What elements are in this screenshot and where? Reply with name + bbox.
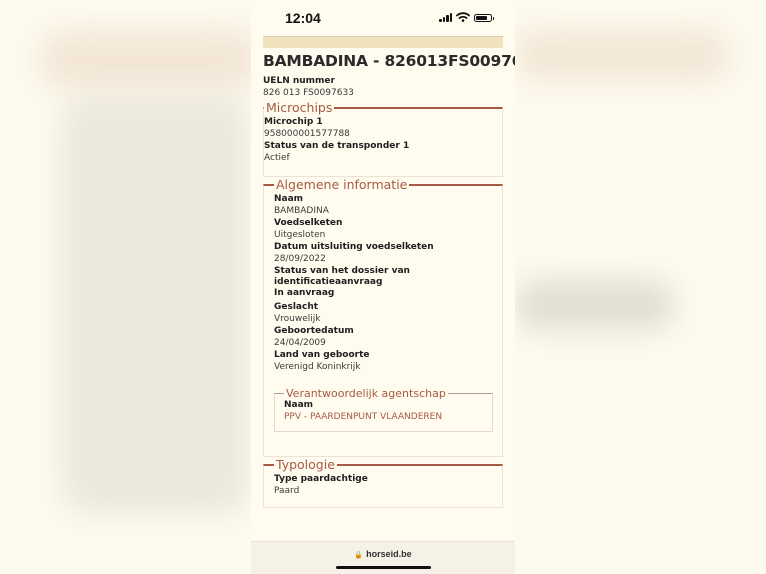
lock-icon: 🔒 xyxy=(354,551,363,559)
section-algemene-informatie: Algemene informatie Naam BAMBADINA Voeds… xyxy=(263,177,503,457)
battery-icon xyxy=(474,14,492,22)
field-label: Naam xyxy=(284,400,492,411)
wifi-icon xyxy=(456,12,470,22)
agency-name-link[interactable]: PPV - PAARDENPUNT VLAANDEREN xyxy=(284,411,492,423)
geboortedatum-field: Geboortedatum 24/04/2009 xyxy=(274,326,502,349)
field-label: Datum uitsluiting voedselketen xyxy=(274,242,502,253)
land-van-geboorte-field: Land van geboorte Verenigd Koninkrijk xyxy=(274,350,502,373)
field-label: Land van geboorte xyxy=(274,350,502,361)
section-microchips: Microchips Microchip 1 958000001577788 S… xyxy=(263,100,503,177)
section-verantwoordelijk-agentschap: Verantwoordelijk agentschap Naam PPV - P… xyxy=(274,387,493,432)
section-legend: Microchips xyxy=(264,100,334,115)
field-value: Uitgesloten xyxy=(274,229,502,241)
background-blur-shape xyxy=(515,30,730,80)
background-blur-shape xyxy=(40,30,260,90)
section-legend: Typologie xyxy=(274,457,337,472)
header-strip xyxy=(263,36,503,48)
field-value: BAMBADINA xyxy=(274,205,502,217)
browser-bottom-bar: 🔒horseid.be xyxy=(251,541,515,574)
field-label: Geboortedatum xyxy=(274,326,502,337)
section-typologie: Typologie Type paardachtige Paard xyxy=(263,457,503,508)
field-label: Type paardachtige xyxy=(274,474,502,485)
field-label: Voedselketen xyxy=(274,218,502,229)
microchip-field: Microchip 1 958000001577788 xyxy=(264,117,502,140)
datum-uitsluiting-field: Datum uitsluiting voedselketen 28/09/202… xyxy=(274,242,502,265)
field-value: Paard xyxy=(274,485,502,497)
field-value: In aanvraag xyxy=(274,288,502,299)
field-label: Naam xyxy=(274,194,502,205)
page-title: BAMBADINA - 826013FS0097633 xyxy=(263,52,503,70)
field-value: 24/04/2009 xyxy=(274,337,502,349)
field-value: Vrouwelijk xyxy=(274,313,502,325)
status-time: 12:04 xyxy=(285,10,321,26)
subsection-legend: Verantwoordelijk agentschap xyxy=(284,387,448,400)
dossier-status-field: Status van het dossier van identificatie… xyxy=(274,266,502,299)
field-value: 958000001577788 xyxy=(264,128,502,140)
field-label: UELN nummer xyxy=(263,76,503,87)
field-label: Status van het dossier van identificatie… xyxy=(274,266,502,288)
url-text: horseid.be xyxy=(366,549,412,559)
field-label: Status van de transponder 1 xyxy=(264,141,502,152)
home-indicator[interactable] xyxy=(336,566,431,569)
status-bar: 12:04 xyxy=(251,0,515,34)
ueln-field: UELN nummer 826 013 FS0097633 xyxy=(263,76,503,99)
phone-screen: 12:04 BAMBADINA - 826013FS0097633 UELN n… xyxy=(251,0,515,574)
transponder-status-field: Status van de transponder 1 Actief xyxy=(264,141,502,164)
geslacht-field: Geslacht Vrouwelijk xyxy=(274,302,502,325)
field-value: 826 013 FS0097633 xyxy=(263,87,503,99)
voedselketen-field: Voedselketen Uitgesloten xyxy=(274,218,502,241)
field-label: Microchip 1 xyxy=(264,117,502,128)
background-blur-shape xyxy=(515,280,675,330)
cellular-signal-icon xyxy=(439,13,452,22)
field-label: Geslacht xyxy=(274,302,502,313)
field-value: Verenigd Koninkrijk xyxy=(274,361,502,373)
field-value: Actief xyxy=(264,152,502,164)
status-icons xyxy=(439,12,492,22)
page-content: BAMBADINA - 826013FS0097633 UELN nummer … xyxy=(263,52,503,508)
type-paardachtige-field: Type paardachtige Paard xyxy=(274,474,502,497)
background-blur-shape xyxy=(60,95,250,515)
naam-field: Naam BAMBADINA xyxy=(274,194,502,217)
field-value: 28/09/2022 xyxy=(274,253,502,265)
section-legend: Algemene informatie xyxy=(274,177,409,192)
address-bar[interactable]: 🔒horseid.be xyxy=(251,549,515,559)
